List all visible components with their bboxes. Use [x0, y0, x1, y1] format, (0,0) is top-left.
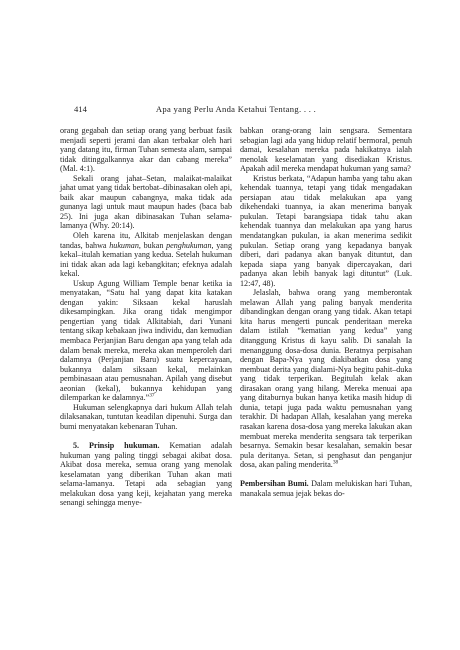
page-header: 414 Apa yang Perlu Anda Ketahui Tentang.…	[60, 103, 412, 116]
paragraph: babkan orang-orang lain sengsara. Sement…	[240, 126, 412, 174]
run-in-heading: 5. Prinsip hukuman.	[73, 441, 160, 450]
paragraph: orang gegabah dan setiap orang yang berb…	[60, 126, 232, 174]
run-in-heading: Pembersihan Bumi.	[240, 479, 309, 488]
text-segment: Kematian adalah hukuman yang paling ting…	[60, 441, 232, 507]
text-segment: babkan orang-orang lain sengsara. Sement…	[240, 126, 412, 173]
book-page: 414 Apa yang Perlu Anda Ketahui Tentang.…	[0, 0, 460, 650]
paragraph: Jelaslah, bahwa orang yang memberontak m…	[240, 288, 412, 469]
paragraph: Uskup Agung William Temple benar ketika …	[60, 279, 232, 403]
text-segment: penghukuman	[166, 241, 211, 250]
column-right: babkan orang-orang lain sengsara. Sement…	[240, 126, 412, 508]
text-segment: Sekali orang jahat–Setan, malaikat-malai…	[60, 174, 232, 231]
footnote-marker: 38	[333, 459, 338, 465]
text-segment: Uskup Agung William Temple benar ketika …	[60, 279, 232, 403]
text-columns: orang gegabah dan setiap orang yang berb…	[60, 126, 412, 508]
text-segment: orang gegabah dan setiap orang yang berb…	[60, 126, 232, 173]
page-number: 414	[74, 103, 87, 116]
paragraph: Pembersihan Bumi. Dalam melukiskan hari …	[240, 479, 412, 498]
paragraph: Hukuman selengkapnya dari hukum Allah te…	[60, 403, 232, 432]
text-segment: hukuman	[109, 241, 139, 250]
text-segment: , bukan	[139, 241, 166, 250]
running-title: Apa yang Perlu Anda Ketahui Tentang. . .…	[60, 103, 412, 116]
paragraph: Oleh karena itu, Alkitab menjelaskan den…	[60, 231, 232, 279]
text-segment: Jelaslah, bahwa orang yang memberontak m…	[240, 288, 412, 469]
column-left: orang gegabah dan setiap orang yang berb…	[60, 126, 232, 508]
paragraph: Sekali orang jahat–Setan, malaikat-malai…	[60, 174, 232, 231]
footnote-marker: 37	[149, 393, 154, 399]
text-segment: Kristus berkata, “Adapun hamba yang tahu…	[240, 174, 412, 288]
text-segment: Hukuman selengkapnya dari hukum Allah te…	[60, 403, 232, 431]
paragraph: 5. Prinsip hukuman. Kematian adalah huku…	[60, 441, 232, 508]
paragraph: Kristus berkata, “Adapun hamba yang tahu…	[240, 174, 412, 289]
